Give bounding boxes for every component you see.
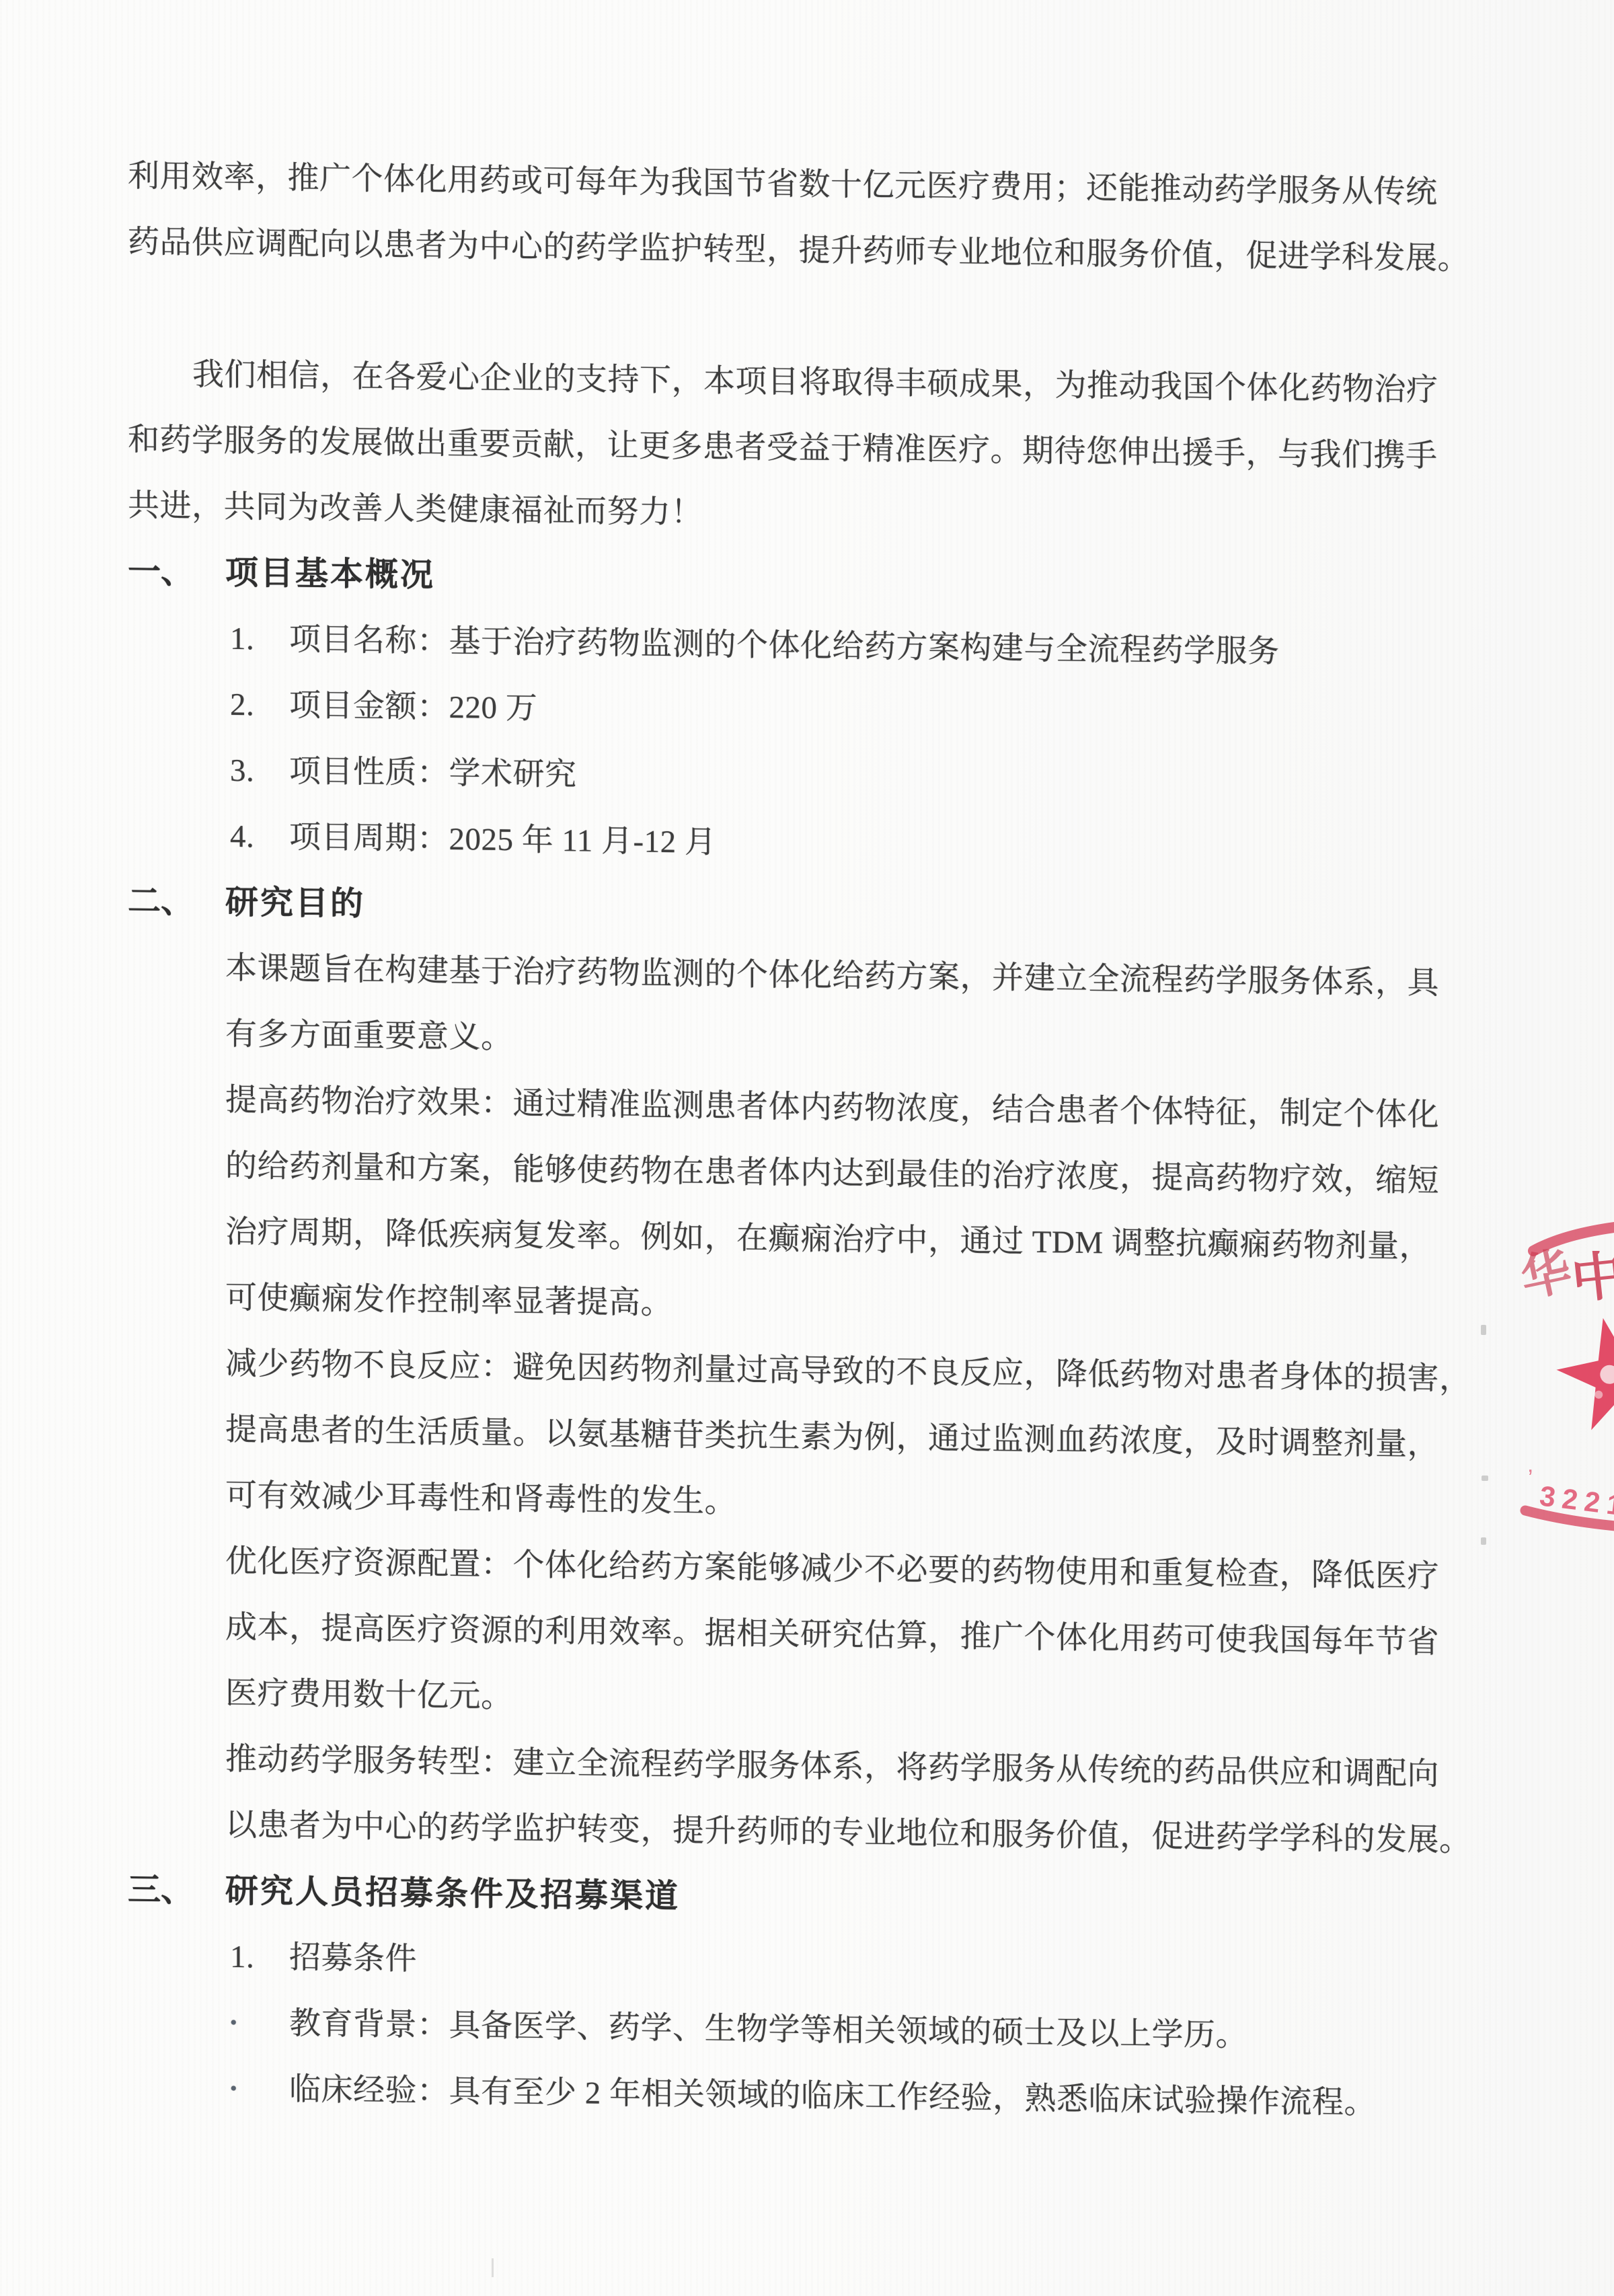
section-number: 一、 [128,539,225,606]
scan-speck [492,2258,494,2277]
scanned-document-page: 利用效率，推广个体化用药或可每年为我国节省数十亿元医疗费用；还能推动药学服务从传… [0,0,1614,2296]
red-seal-stamp: 华 中 ʼ 32215 [1446,1196,1614,1552]
item-text: 招募条件 [289,1925,417,1992]
item-text: 项目性质：学术研究 [289,738,577,808]
seal-tick: ʼ [1528,1466,1533,1492]
scan-speck [1482,1476,1488,1481]
section-title: 研究目的 [225,870,365,937]
bullet-text: 教育背景：具备医学、药学、生物学等相关领域的硕士及以上学历。 [289,1991,1247,2069]
item-text: 项目名称：基于治疗药物监测的个体化给药方案构建与全流程药学服务 [289,607,1280,685]
section-number: 二、 [128,868,225,935]
item-text: 项目金额：220 万 [289,673,537,742]
item-number: 3. [230,738,289,804]
document-body: 利用效率，推广个体化用药或可每年为我国节省数十亿元医疗费用；还能推动药学服务从传… [128,143,1493,2138]
bullet-dot-icon: • [230,1990,289,2057]
item-number: 1. [230,606,289,673]
scan-speck [1481,1537,1486,1545]
scan-speck [1481,1325,1486,1335]
section-title: 项目基本概况 [225,540,435,609]
bullet-text: 临床经验：具有至少 2 年相关领域的临床工作经验，熟悉临床试验操作流程。 [289,2057,1376,2136]
section-title: 研究人员招募条件及招募渠道 [225,1858,680,1929]
section-number: 三、 [128,1857,225,1924]
bullet-dot-icon: • [230,2056,289,2122]
item-text: 项目周期：2025 年 11 月-12 月 [289,804,716,876]
seal-top-arc [1533,1223,1614,1251]
item-number: 1. [230,1924,289,1991]
item-number: 4. [230,804,289,870]
item-number: 2. [230,672,289,738]
seal-char-right: 中 [1569,1246,1614,1309]
seal-char-left: 华 [1516,1243,1576,1308]
